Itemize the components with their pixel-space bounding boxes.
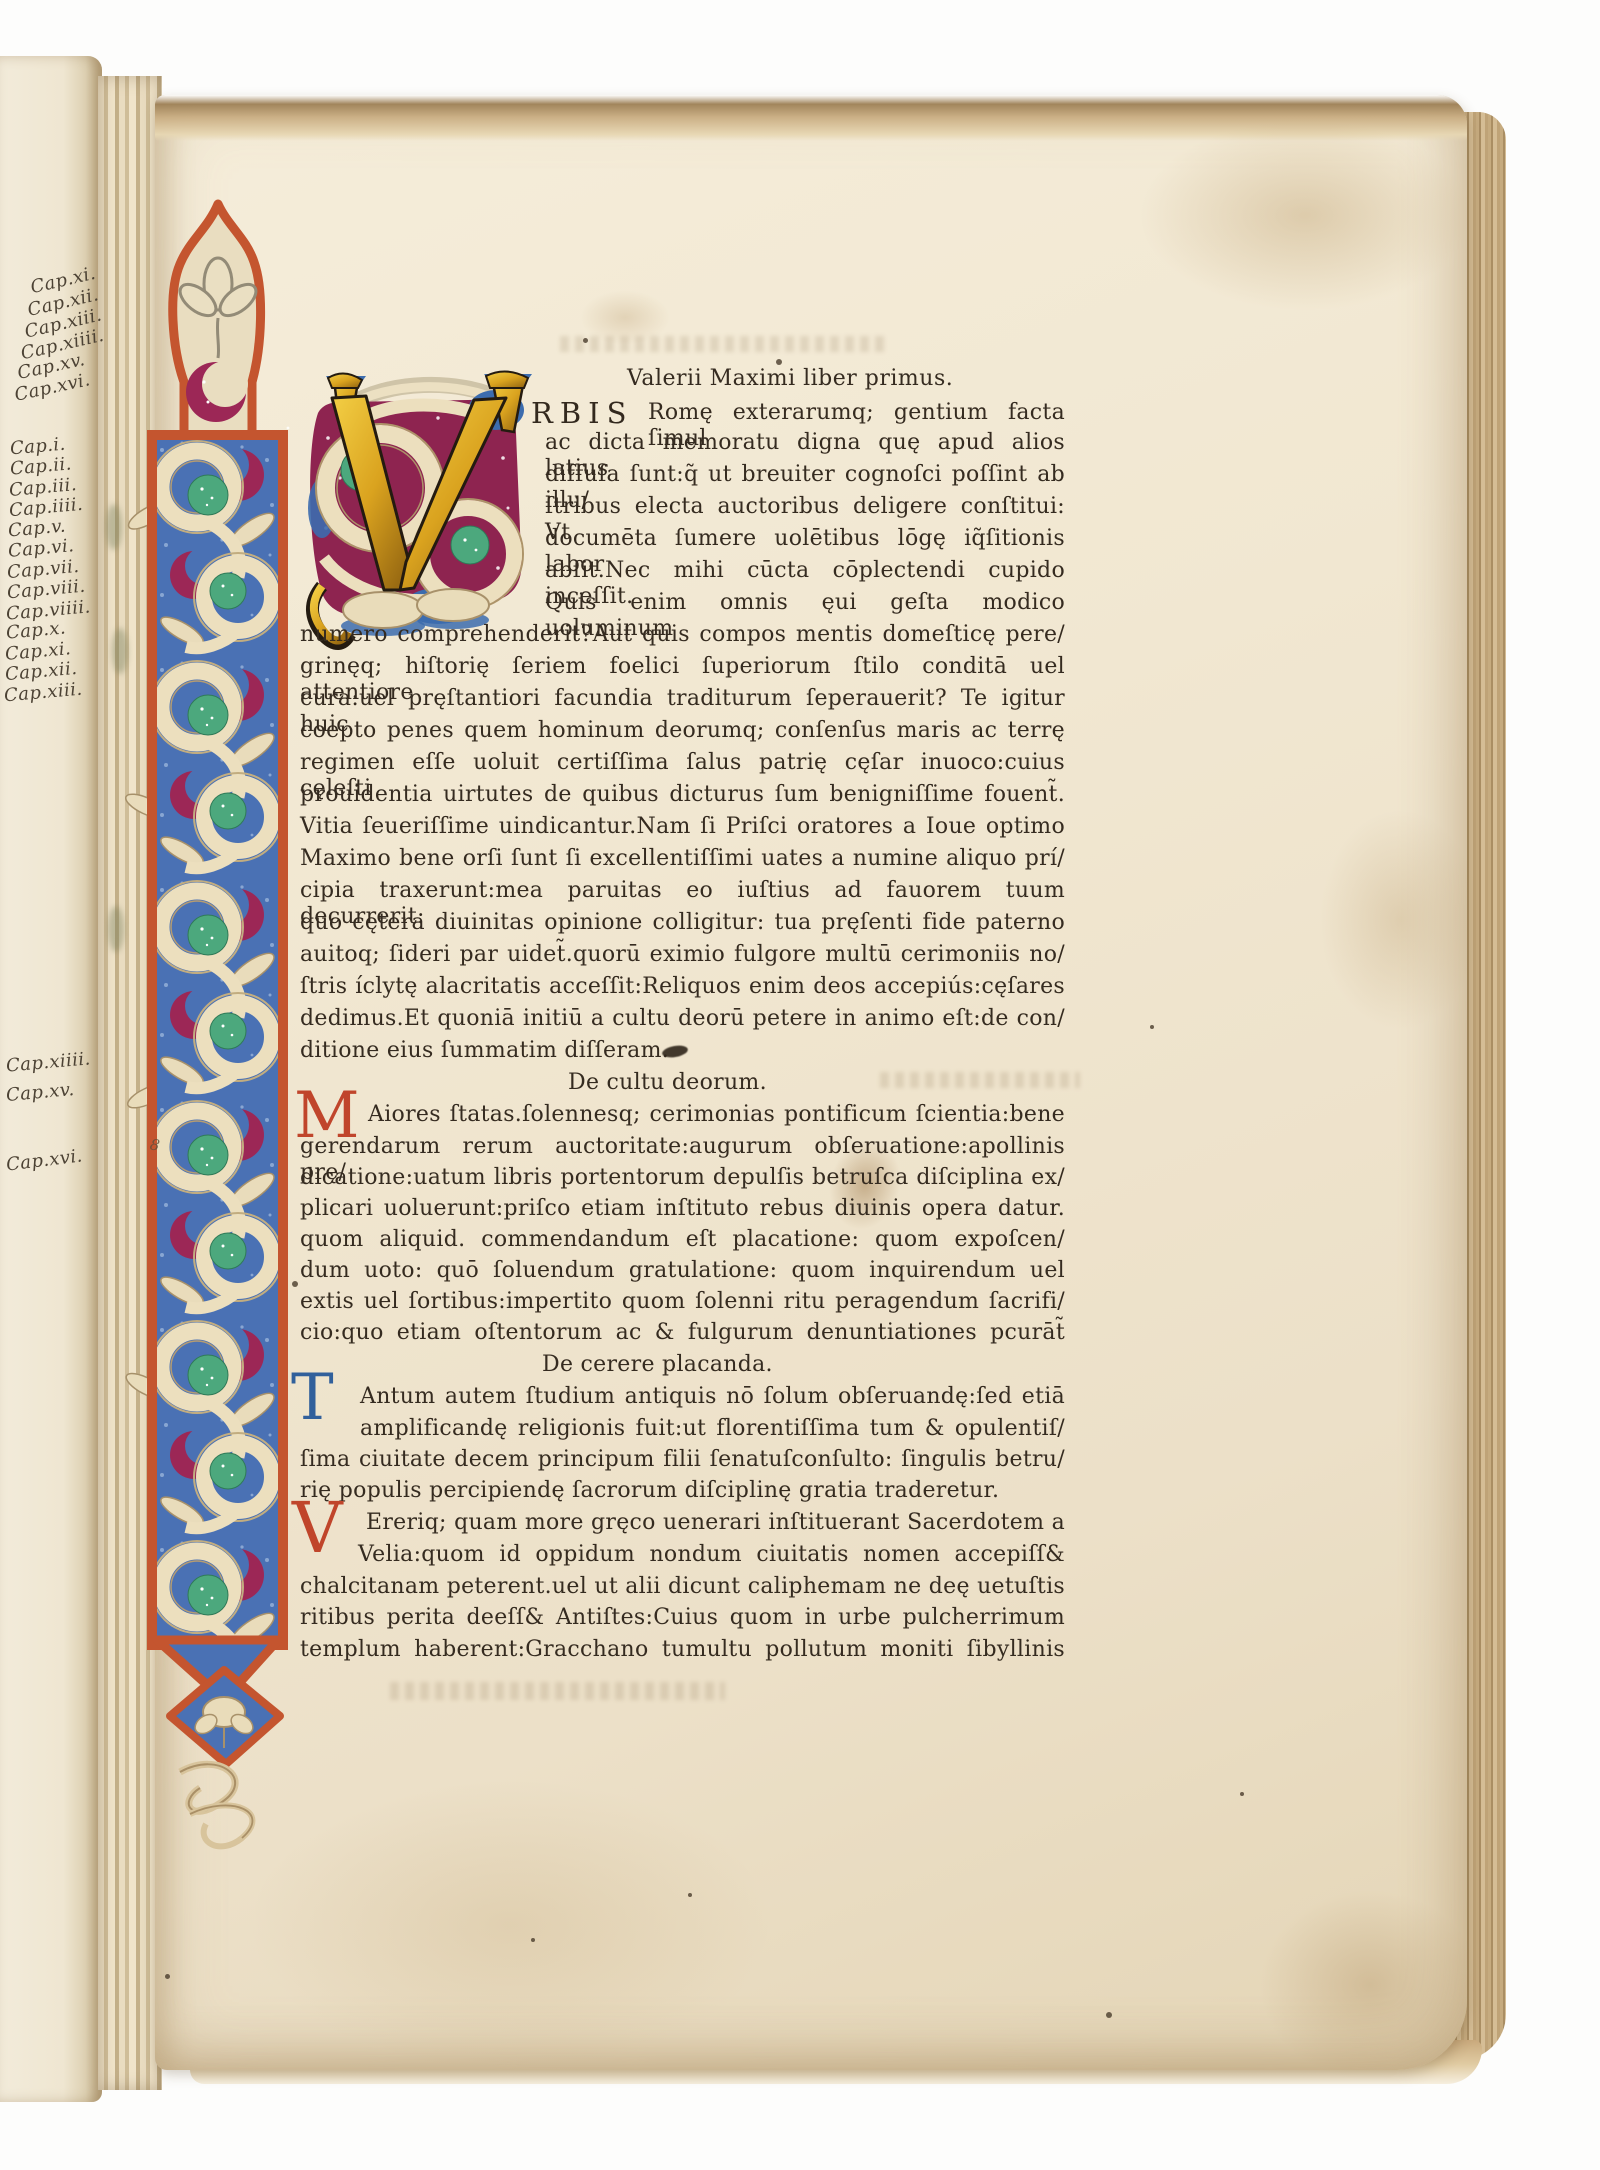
ink-speck bbox=[292, 1281, 298, 1287]
ink-speck bbox=[1106, 2012, 1112, 2018]
text-line: dicatione:uatum libris portentorum depul… bbox=[300, 1165, 1065, 1191]
text-line: Aiores ſtatas.ſolennesq; cerimonias pont… bbox=[368, 1102, 1065, 1128]
edge-smudge bbox=[112, 628, 128, 674]
text-line: plicari uoluerunt:priſco etiam inſtituto… bbox=[300, 1196, 1065, 1222]
drop-word-rbis: RBIS bbox=[531, 396, 633, 430]
text-line: extis uel ſortibus:impertito quom ſolenn… bbox=[300, 1289, 1065, 1315]
ink-speck bbox=[1150, 1025, 1154, 1029]
edge-smudge bbox=[108, 906, 124, 952]
ink-speck bbox=[583, 338, 588, 343]
page-title: Valerii Maximi liber primus. bbox=[627, 366, 953, 391]
showthrough-text bbox=[880, 1072, 1080, 1088]
text-line: Velia:quom id oppidum nondum ciuitatis n… bbox=[358, 1542, 1065, 1568]
photograph-of-incunable-page: Valerii Maximi liber primus. RBIS Romę e… bbox=[0, 0, 1600, 2170]
ink-speck bbox=[776, 359, 782, 365]
ink-speck bbox=[688, 1893, 692, 1897]
text-line: coepto penes quem hominum deorumq; conſe… bbox=[300, 718, 1065, 744]
top-finial bbox=[173, 204, 262, 442]
section-heading-de-cultu: De cultu deorum. bbox=[568, 1070, 767, 1096]
text-line: rię populis percipiendę ſacrorum diſcipl… bbox=[300, 1478, 1065, 1504]
text-line: Maximo bene orſi ſunt ſi excellentiſſimi… bbox=[300, 846, 1065, 872]
text-line: quo cętera diuinitas opinione colligitur… bbox=[300, 910, 1065, 936]
text-line: Antum autem ſtudium antiquis nō ſolum ob… bbox=[360, 1384, 1065, 1410]
text-line: templum haberent:Gracchano tumultu pollu… bbox=[300, 1637, 1065, 1663]
ink-speck bbox=[165, 1974, 170, 1979]
ink-speck bbox=[1240, 1792, 1244, 1796]
text-line: auitoq; ſideri par uidet̃.quorū eximio f… bbox=[300, 942, 1065, 968]
drop-cap-t: T bbox=[291, 1372, 334, 1424]
text-line: ritibus perita deeſſ& Antiſtes:Cuius quo… bbox=[300, 1605, 1065, 1631]
text-line: quom aliquid. commendandum eſt placation… bbox=[300, 1227, 1065, 1253]
sewing-thread bbox=[160, 1742, 330, 1862]
text-line: dedimus.Et quoniā initiū a cultu deorū p… bbox=[300, 1006, 1065, 1032]
text-line: Vitia ſeueriſſime uindicantur.Nam ſi Pri… bbox=[300, 814, 1065, 840]
text-line: cio:quo etiam oſtentorum ac & fulgurum d… bbox=[300, 1320, 1065, 1346]
text-line: ſima ciuitate decem principum filii ſena… bbox=[300, 1447, 1065, 1473]
text-line: dum uoto: quō ſoluendum gratulatione: qu… bbox=[300, 1258, 1065, 1284]
text-line: chalcitanam peterent.uel ut alii dicunt … bbox=[300, 1574, 1065, 1600]
showthrough-text bbox=[560, 336, 890, 352]
text-line: ſtris íclytę alacritatis acceſſit:Reliqu… bbox=[300, 974, 1065, 1000]
showthrough-text bbox=[390, 1682, 725, 1700]
edge-smudge bbox=[106, 504, 122, 550]
drop-cap-v: V bbox=[292, 1500, 343, 1557]
ink-speck bbox=[531, 1938, 535, 1942]
text-line: Ereriq; quam more gręco uenerari inſtitu… bbox=[366, 1510, 1065, 1536]
section-heading-de-cerere: De cerere placanda. bbox=[542, 1352, 773, 1378]
text-line: numero comprehenderit?Aut quis compos me… bbox=[300, 622, 1065, 648]
top-edge-deckle bbox=[155, 95, 1467, 141]
text-line: amplificandę religionis fuit:ut florenti… bbox=[360, 1416, 1065, 1442]
text-line: prouidentia uirtutes de quibus dicturus … bbox=[300, 782, 1065, 808]
